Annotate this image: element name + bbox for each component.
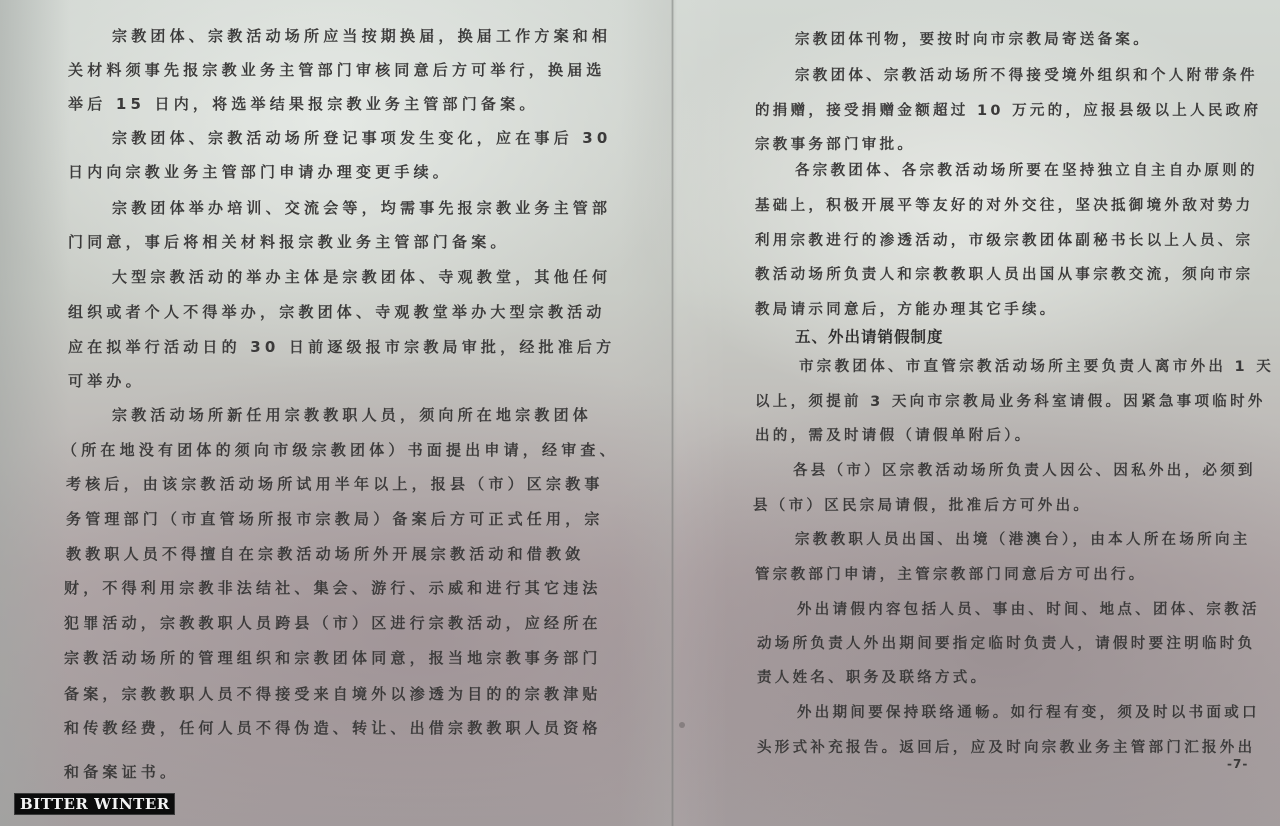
text-line: 宗教团体刊物，要按时向市宗教局寄送备案。 [795, 30, 1151, 50]
text-line: 日内向宗教业务主管部门申请办理变更手续。 [68, 162, 452, 182]
paper-speck [679, 722, 685, 728]
text-line: 犯罪活动，宗教教职人员跨县（市）区进行宗教活动，应经所在 [64, 613, 602, 633]
text-line: 教局请示同意后，方能办理其它手续。 [755, 300, 1058, 320]
text-line: 以上，须提前 3 天向市宗教局业务科室请假。因紧急事项临时外 [755, 392, 1266, 412]
text-line: 应在拟举行活动日的 30 日前逐级报市宗教局审批，经批准后方 [68, 337, 615, 357]
text-line: 动场所负责人外出期间要指定临时负责人，请假时要注明临时负 [757, 634, 1255, 654]
text-line: 宗教活动场所的管理组织和宗教团体同意，报当地宗教事务部门 [64, 648, 602, 668]
text-line: 和传教经费，任何人员不得伪造、转让、出借宗教教职人员资格 [64, 718, 602, 738]
text-line: 宗教团体、宗教活动场所不得接受境外组织和个人附带条件 [795, 66, 1258, 86]
right-page: 宗教团体刊物，要按时向市宗教局寄送备案。 宗教团体、宗教活动场所不得接受境外组织… [755, 0, 1245, 826]
text-line: 市宗教团体、市直管宗教活动场所主要负责人离市外出 1 天 [799, 357, 1274, 377]
text-line: 县（市）区民宗局请假，批准后方可外出。 [753, 496, 1091, 516]
page-fold-line [671, 0, 674, 826]
text-line: 可举办。 [68, 371, 145, 391]
page-number: -7- [1227, 757, 1248, 771]
text-line: 考核后，由该宗教活动场所试用半年以上，报县（市）区宗教事 [66, 474, 604, 494]
text-line: 外出期间要保持联络通畅。如行程有变，须及时以书面或口 [797, 703, 1260, 723]
text-line: 外出请假内容包括人员、事由、时间、地点、团体、宗教活 [797, 600, 1260, 620]
text-line: 宗教事务部门审批。 [755, 135, 915, 155]
text-line: 责人姓名、职务及联络方式。 [757, 668, 988, 688]
text-line: 财，不得利用宗教非法结社、集会、游行、示威和进行其它违法 [64, 578, 602, 598]
section-heading: 五、外出请销假制度 [795, 325, 944, 347]
text-line: 各县（市）区宗教活动场所负责人因公、因私外出，必须到 [793, 461, 1256, 481]
text-line: 组织或者个人不得举办，宗教团体、寺观教堂举办大型宗教活动 [68, 302, 606, 322]
bitter-winter-watermark: BITTER WINTER [14, 793, 175, 815]
text-line: 教活动场所负责人和宗教教职人员出国从事宗教交流，须向市宗 [755, 265, 1253, 285]
text-line: 管宗教部门申请，主管宗教部门同意后方可出行。 [755, 565, 1147, 585]
page-fold-shade [620, 0, 730, 826]
text-line: 关材料须事先报宗教业务主管部门审核同意后方可举行，换届选 [68, 60, 606, 80]
text-line: 务管理部门（市直管场所报市宗教局）备案后方可正式任用，宗 [66, 509, 604, 529]
text-line: 备案，宗教教职人员不得接受来自境外以渗透为目的的宗教津贴 [64, 684, 602, 704]
text-line: 宗教团体、宗教活动场所应当按期换届，换届工作方案和相 [112, 26, 611, 46]
text-line: 头形式补充报告。返回后，应及时向宗教业务主管部门汇报外出 [757, 738, 1255, 758]
text-line: 宗教活动场所新任用宗教教职人员，须向所在地宗教团体 [112, 405, 592, 425]
text-line: 教教职人员不得擅自在宗教活动场所外开展宗教活动和借教敛 [66, 544, 584, 564]
text-line: 基础上，积极开展平等友好的对外交往，坚决抵御境外敌对势力 [755, 196, 1253, 216]
text-line: 举后 15 日内，将选举结果报宗教业务主管部门备案。 [68, 94, 539, 114]
text-line: 宗教教职人员出国、出境（港澳台），由本人所在场所向主 [795, 530, 1251, 550]
text-line: 各宗教团体、各宗教活动场所要在坚持独立自主自办原则的 [795, 161, 1258, 181]
text-line: 出的，需及时请假（请假单附后）。 [755, 426, 1033, 446]
text-line: 和备案证书。 [64, 762, 179, 782]
text-line: 利用宗教进行的渗透活动，市级宗教团体副秘书长以上人员、宗 [755, 231, 1253, 251]
text-line: 宗教团体举办培训、交流会等，均需事先报宗教业务主管部 [112, 198, 611, 218]
text-line: 大型宗教活动的举办主体是宗教团体、寺观教堂，其他任何 [112, 267, 611, 287]
text-line: （所在地没有团体的须向市级宗教团体）书面提出申请，经审查、 [62, 440, 619, 460]
text-line: 宗教团体、宗教活动场所登记事项发生变化，应在事后 30 [112, 128, 612, 148]
text-line: 的捐赠，接受捐赠金额超过 10 万元的，应报县级以上人民政府 [755, 101, 1261, 121]
text-line: 门同意，事后将相关材料报宗教业务主管部门备案。 [68, 232, 510, 252]
left-page: 宗教团体、宗教活动场所应当按期换届，换届工作方案和相 关材料须事先报宗教业务主管… [68, 0, 608, 826]
page-edge-shadow [0, 0, 70, 826]
